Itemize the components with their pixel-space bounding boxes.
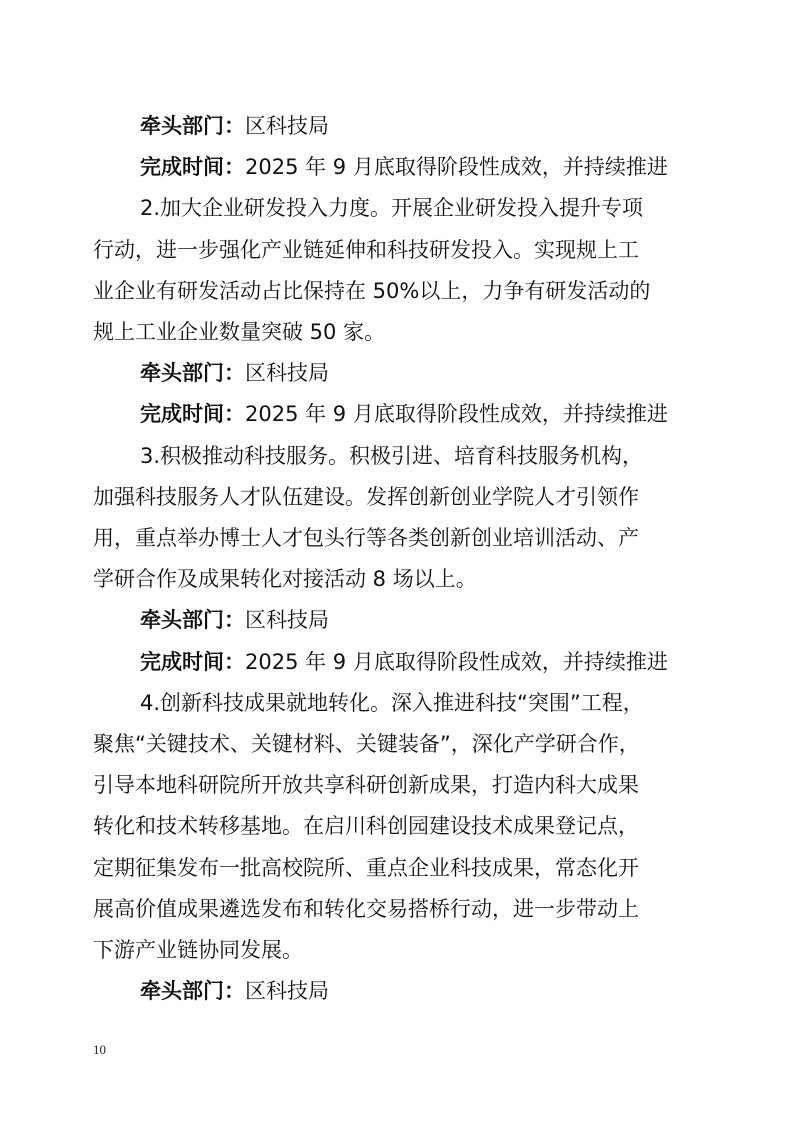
lead-department-value: 区科技局 xyxy=(245,114,329,138)
completion-time-value: 2025 年 9 月底取得阶段性成效，并持续推进 xyxy=(245,650,668,674)
paragraph-line: 聚焦“关键技术、关键材料、关键装备”，深化产学研合作， xyxy=(93,724,711,765)
paragraph-line: 2.加大企业研发投入力度。开展企业研发投入提升专项 xyxy=(93,188,711,229)
completion-time-label: 完成时间： xyxy=(140,155,245,179)
paragraph-line: 转化和技术转移基地。在启川科创园建设技术成果登记点， xyxy=(93,806,711,847)
lead-department-label: 牵头部门： xyxy=(140,361,245,385)
page-number: 10 xyxy=(93,1042,106,1058)
completion-time-label: 完成时间： xyxy=(140,650,245,674)
completion-time-value: 2025 年 9 月底取得阶段性成效，并持续推进 xyxy=(245,402,668,426)
lead-department-label: 牵头部门： xyxy=(140,608,245,632)
lead-department-line: 牵头部门：区科技局 xyxy=(93,971,711,1012)
lead-department-label: 牵头部门： xyxy=(140,114,245,138)
lead-department-label: 牵头部门： xyxy=(140,979,245,1003)
paragraph-line: 规上工业企业数量突破 50 家。 xyxy=(93,312,711,353)
completion-time-label: 完成时间： xyxy=(140,402,245,426)
lead-department-value: 区科技局 xyxy=(245,608,329,632)
paragraph-line: 下游产业链协同发展。 xyxy=(93,930,711,971)
lead-department-line: 牵头部门：区科技局 xyxy=(93,600,711,641)
paragraph-line: 用，重点举办博士人才包头行等各类创新创业培训活动、产 xyxy=(93,518,711,559)
lead-department-line: 牵头部门：区科技局 xyxy=(93,106,711,147)
paragraph-line: 学研合作及成果转化对接活动 8 场以上。 xyxy=(93,559,711,600)
paragraph-line: 定期征集发布一批高校院所、重点企业科技成果，常态化开 xyxy=(93,848,711,889)
paragraph-line: 引导本地科研院所开放共享科研创新成果，打造内科大成果 xyxy=(93,765,711,806)
paragraph-line: 4.创新科技成果就地转化。深入推进科技“突围”工程， xyxy=(93,683,711,724)
item-paragraph-3: 3.积极推动科技服务。积极引进、培育科技服务机构， 加强科技服务人才队伍建设。发… xyxy=(93,436,711,601)
paragraph-line: 3.积极推动科技服务。积极引进、培育科技服务机构， xyxy=(93,436,711,477)
paragraph-line: 展高价值成果遴选发布和转化交易搭桥行动，进一步带动上 xyxy=(93,889,711,930)
lead-department-line: 牵头部门：区科技局 xyxy=(93,353,711,394)
item-paragraph-2: 2.加大企业研发投入力度。开展企业研发投入提升专项 行动，进一步强化产业链延伸和… xyxy=(93,188,711,353)
paragraph-line: 加强科技服务人才队伍建设。发挥创新创业学院人才引领作 xyxy=(93,477,711,518)
paragraph-line: 行动，进一步强化产业链延伸和科技研发投入。实现规上工 xyxy=(93,230,711,271)
lead-department-value: 区科技局 xyxy=(245,979,329,1003)
document-page: 牵头部门：区科技局 完成时间：2025 年 9 月底取得阶段性成效，并持续推进 … xyxy=(93,106,711,1012)
lead-department-value: 区科技局 xyxy=(245,361,329,385)
item-paragraph-4: 4.创新科技成果就地转化。深入推进科技“突围”工程， 聚焦“关键技术、关键材料、… xyxy=(93,683,711,971)
paragraph-line: 业企业有研发活动占比保持在 50%以上，力争有研发活动的 xyxy=(93,271,711,312)
completion-time-line: 完成时间：2025 年 9 月底取得阶段性成效，并持续推进 xyxy=(93,642,711,683)
completion-time-line: 完成时间：2025 年 9 月底取得阶段性成效，并持续推进 xyxy=(93,394,711,435)
completion-time-line: 完成时间：2025 年 9 月底取得阶段性成效，并持续推进 xyxy=(93,147,711,188)
completion-time-value: 2025 年 9 月底取得阶段性成效，并持续推进 xyxy=(245,155,668,179)
